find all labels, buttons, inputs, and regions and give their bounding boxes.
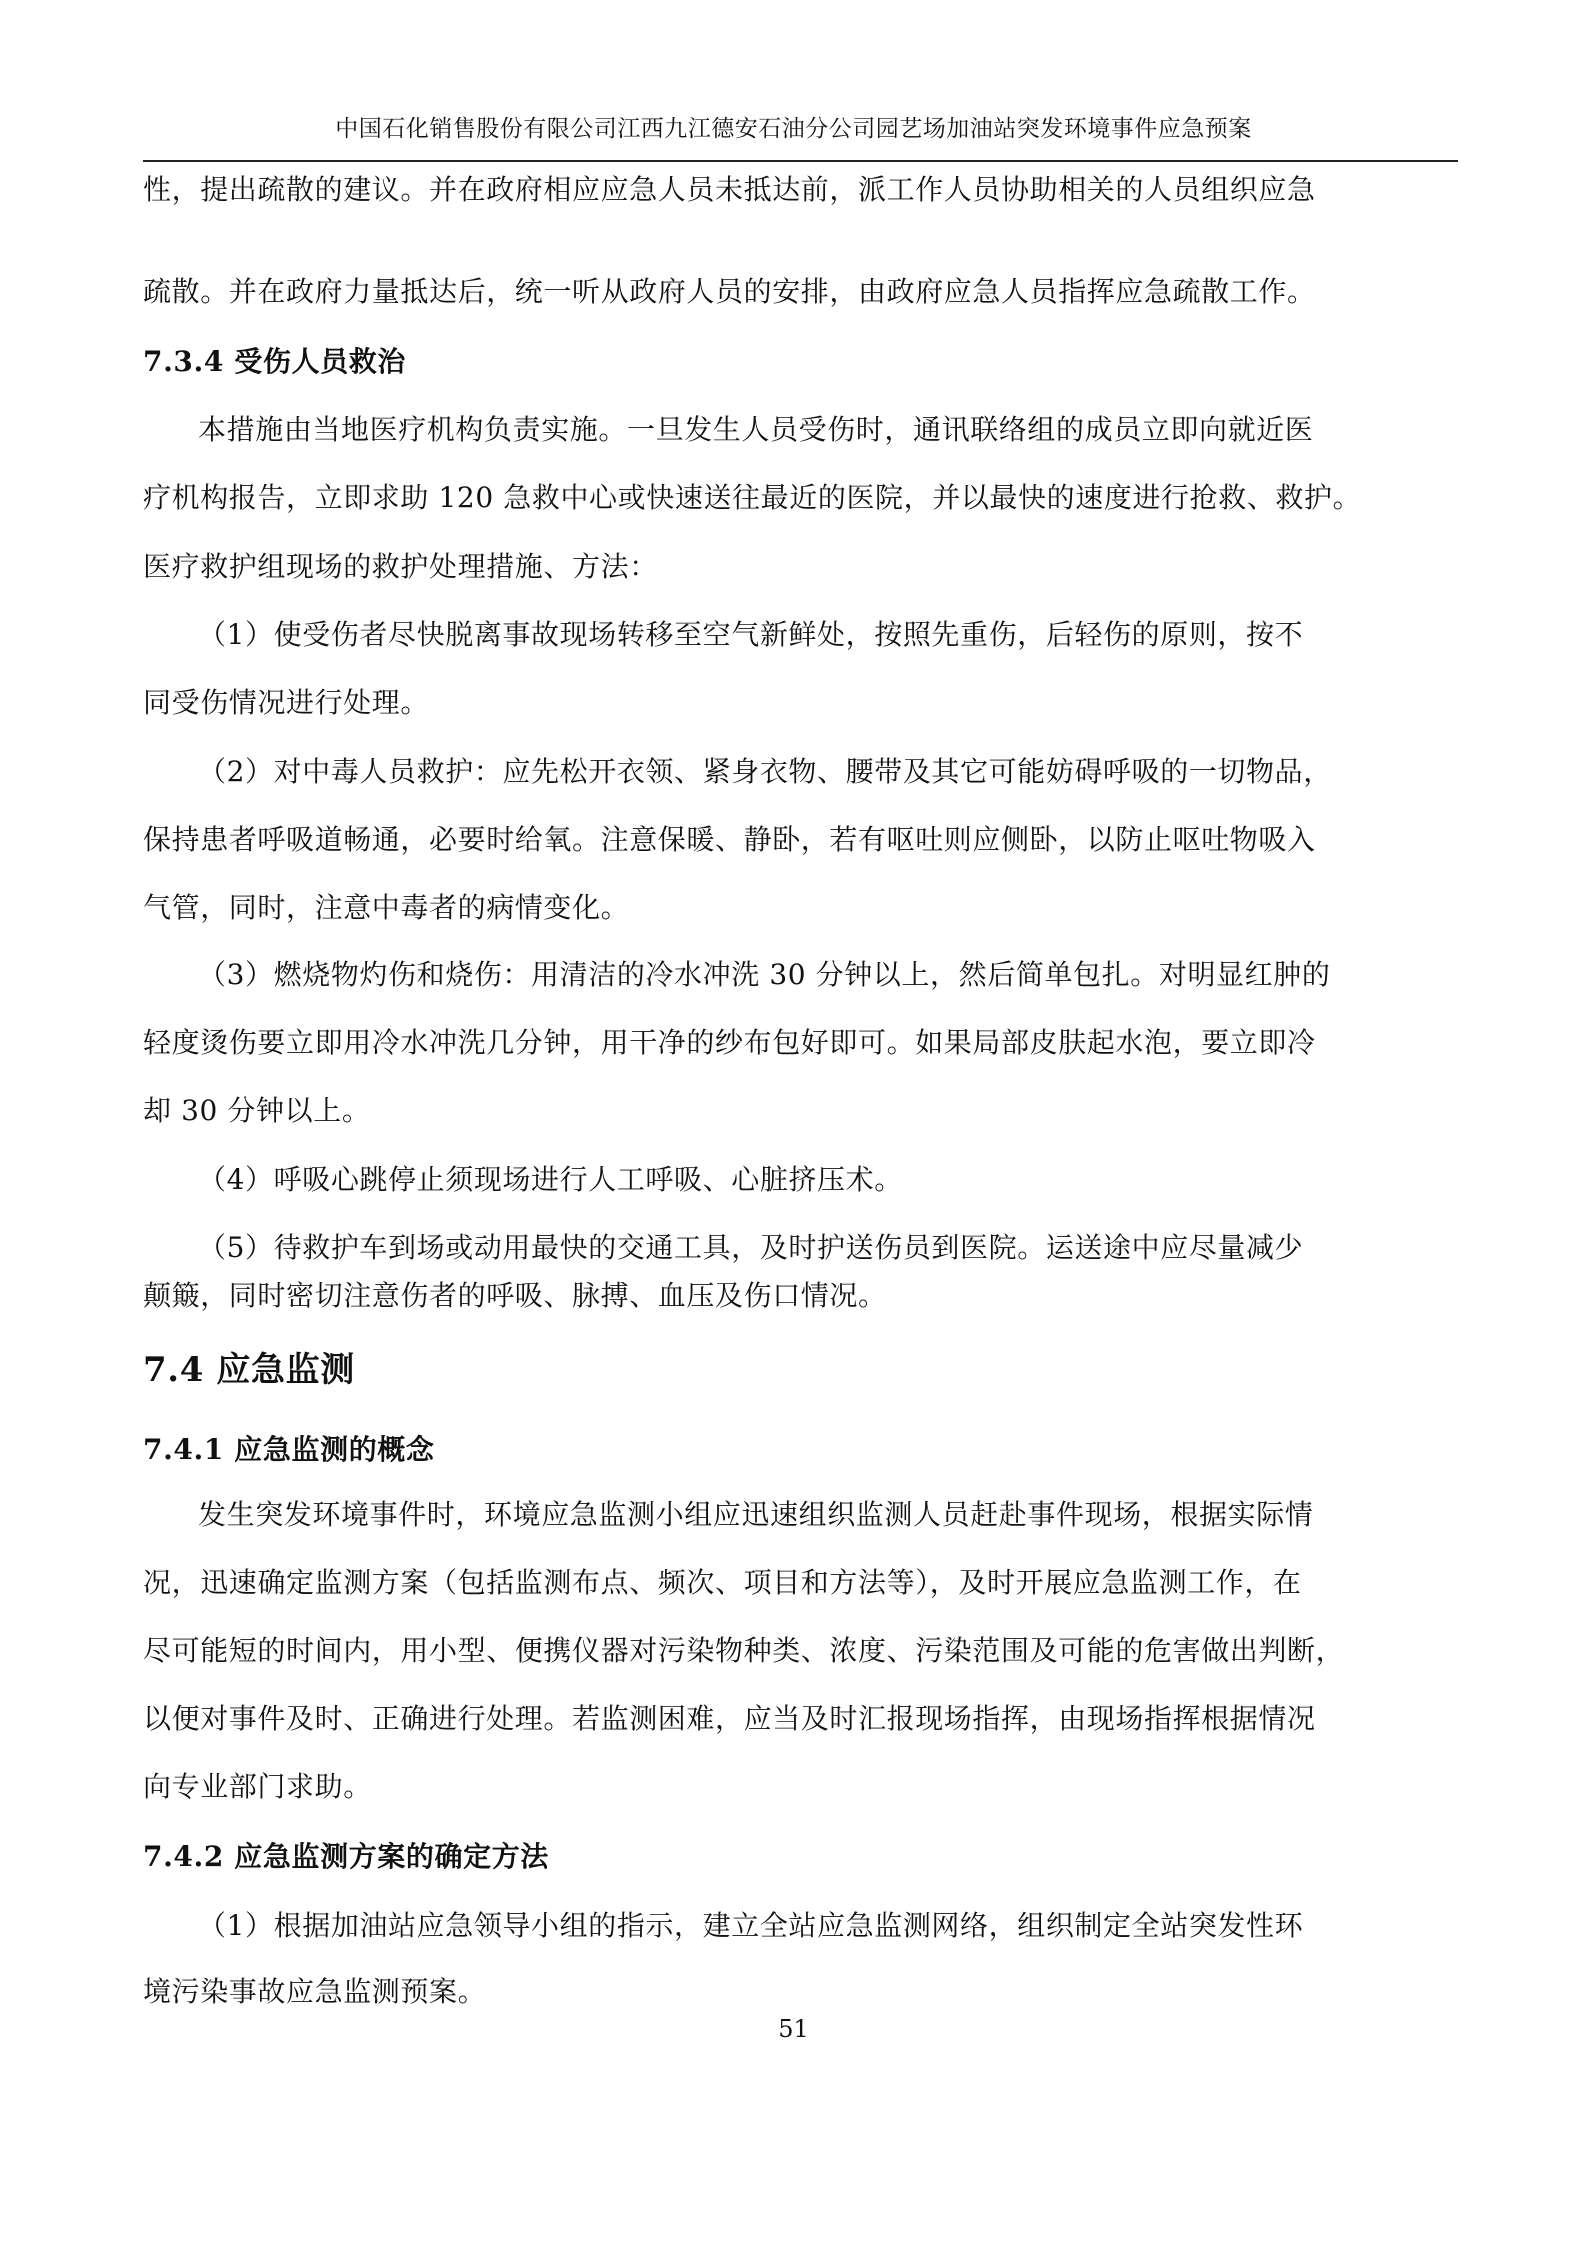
paragraph-line: （5）待救护车到场或动用最快的交通工具，及时护送伤员到医院。运送途中应尽量减少 bbox=[198, 1228, 1458, 1268]
paragraph-line: 向专业部门求助。 bbox=[143, 1767, 1458, 1807]
paragraph-line: （1）使受伤者尽快脱离事故现场转移至空气新鲜处，按照先重伤，后轻伤的原则，按不 bbox=[198, 615, 1458, 655]
paragraph-line: 医疗救护组现场的救护处理措施、方法： bbox=[143, 547, 1458, 587]
paragraph-line: 疗机构报告，立即求助 120 急救中心或快速送往最近的医院，并以最快的速度进行抢… bbox=[143, 478, 1458, 518]
paragraph-line: 境污染事故应急监测预案。 bbox=[143, 1972, 1458, 2012]
paragraph-line: （3）燃烧物灼伤和烧伤：用清洁的冷水冲洗 30 分钟以上，然后简单包扎。对明显红… bbox=[198, 955, 1458, 995]
section-heading: 7.3.4 受伤人员救治 bbox=[143, 342, 1458, 382]
running-header: 中国石化销售股份有限公司江西九江德安石油分公司园艺场加油站突发环境事件应急预案 bbox=[0, 110, 1587, 143]
paragraph-line: 本措施由当地医疗机构负责实施。一旦发生人员受伤时，通讯联络组的成员立即向就近医 bbox=[198, 410, 1458, 450]
paragraph-line: 保持患者呼吸道畅通，必要时给氧。注意保暖、静卧，若有呕吐则应侧卧，以防止呕吐物吸… bbox=[143, 820, 1458, 860]
paragraph-line: 气管，同时，注意中毒者的病情变化。 bbox=[143, 888, 1458, 928]
paragraph-line: 况，迅速确定监测方案（包括监测布点、频次、项目和方法等），及时开展应急监测工作，… bbox=[143, 1563, 1458, 1603]
paragraph-line: 轻度烫伤要立即用冷水冲洗几分钟，用干净的纱布包好即可。如果局部皮肤起水泡，要立即… bbox=[143, 1023, 1458, 1063]
paragraph-line: 疏散。并在政府力量抵达后，统一听从政府人员的安排，由政府应急人员指挥应急疏散工作… bbox=[143, 272, 1458, 312]
page-number: 51 bbox=[0, 2015, 1587, 2043]
paragraph-line: 尽可能短的时间内，用小型、便携仪器对污染物种类、浓度、污染范围及可能的危害做出判… bbox=[143, 1631, 1458, 1671]
paragraph-line: （2）对中毒人员救护：应先松开衣领、紧身衣物、腰带及其它可能妨碍呼吸的一切物品， bbox=[198, 752, 1458, 792]
paragraph-line: 发生突发环境事件时，环境应急监测小组应迅速组织监测人员赶赴事件现场，根据实际情 bbox=[198, 1495, 1458, 1535]
section-heading: 7.4 应急监测 bbox=[143, 1350, 1458, 1390]
section-heading: 7.4.2 应急监测方案的确定方法 bbox=[143, 1837, 1458, 1877]
paragraph-line: 颠簸，同时密切注意伤者的呼吸、脉搏、血压及伤口情况。 bbox=[143, 1276, 1458, 1316]
paragraph-line: （1）根据加油站应急领导小组的指示，建立全站应急监测网络，组织制定全站突发性环 bbox=[198, 1906, 1458, 1946]
header-divider bbox=[143, 160, 1458, 162]
paragraph-line: 以便对事件及时、正确进行处理。若监测困难，应当及时汇报现场指挥，由现场指挥根据情… bbox=[143, 1699, 1458, 1739]
paragraph-line: 却 30 分钟以上。 bbox=[143, 1091, 1458, 1131]
section-heading: 7.4.1 应急监测的概念 bbox=[143, 1430, 1458, 1470]
paragraph-line: （4）呼吸心跳停止须现场进行人工呼吸、心脏挤压术。 bbox=[198, 1160, 1458, 1200]
paragraph-line: 同受伤情况进行处理。 bbox=[143, 683, 1458, 723]
paragraph-line: 性，提出疏散的建议。并在政府相应应急人员未抵达前，派工作人员协助相关的人员组织应… bbox=[143, 170, 1458, 210]
